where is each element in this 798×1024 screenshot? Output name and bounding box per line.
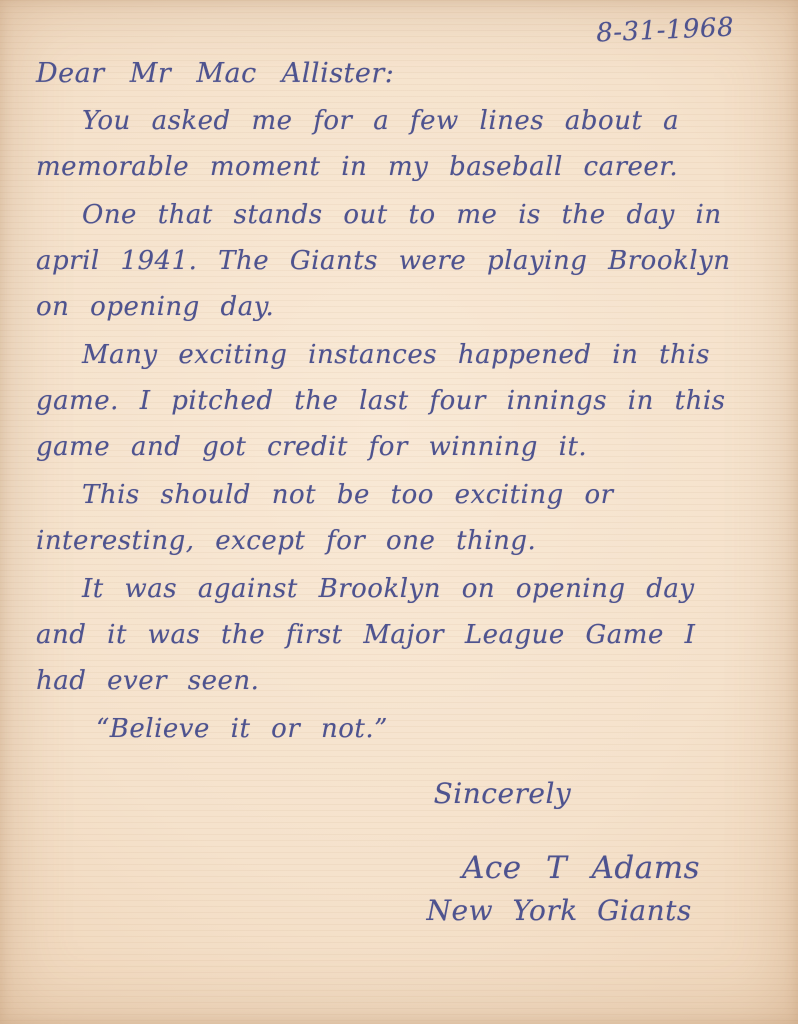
letter-closing: Sincerely: [434, 770, 746, 818]
signature-team: New York Giants: [427, 890, 747, 932]
letter-content: 8-31-1968 Dear Mr Mac Allister: You aske…: [0, 0, 798, 932]
letter-paragraph: This should not be too exciting or inter…: [36, 472, 746, 564]
signature-block: Ace T Adams New York Giants: [36, 846, 746, 932]
letter-paragraph: One that stands out to me is the day in …: [36, 192, 746, 330]
letter-page: 8-31-1968 Dear Mr Mac Allister: You aske…: [0, 0, 798, 1024]
letter-paragraph-quote: “Believe it or not.”: [36, 706, 746, 752]
letter-paragraph: You asked me for a few lines about a mem…: [36, 98, 746, 190]
letter-body: You asked me for a few lines about a mem…: [36, 98, 746, 752]
signature-name: Ace T Adams: [462, 846, 746, 890]
letter-paragraph: Many exciting instances happened in this…: [36, 332, 746, 470]
letter-paragraph: It was against Brooklyn on opening day a…: [36, 566, 746, 704]
